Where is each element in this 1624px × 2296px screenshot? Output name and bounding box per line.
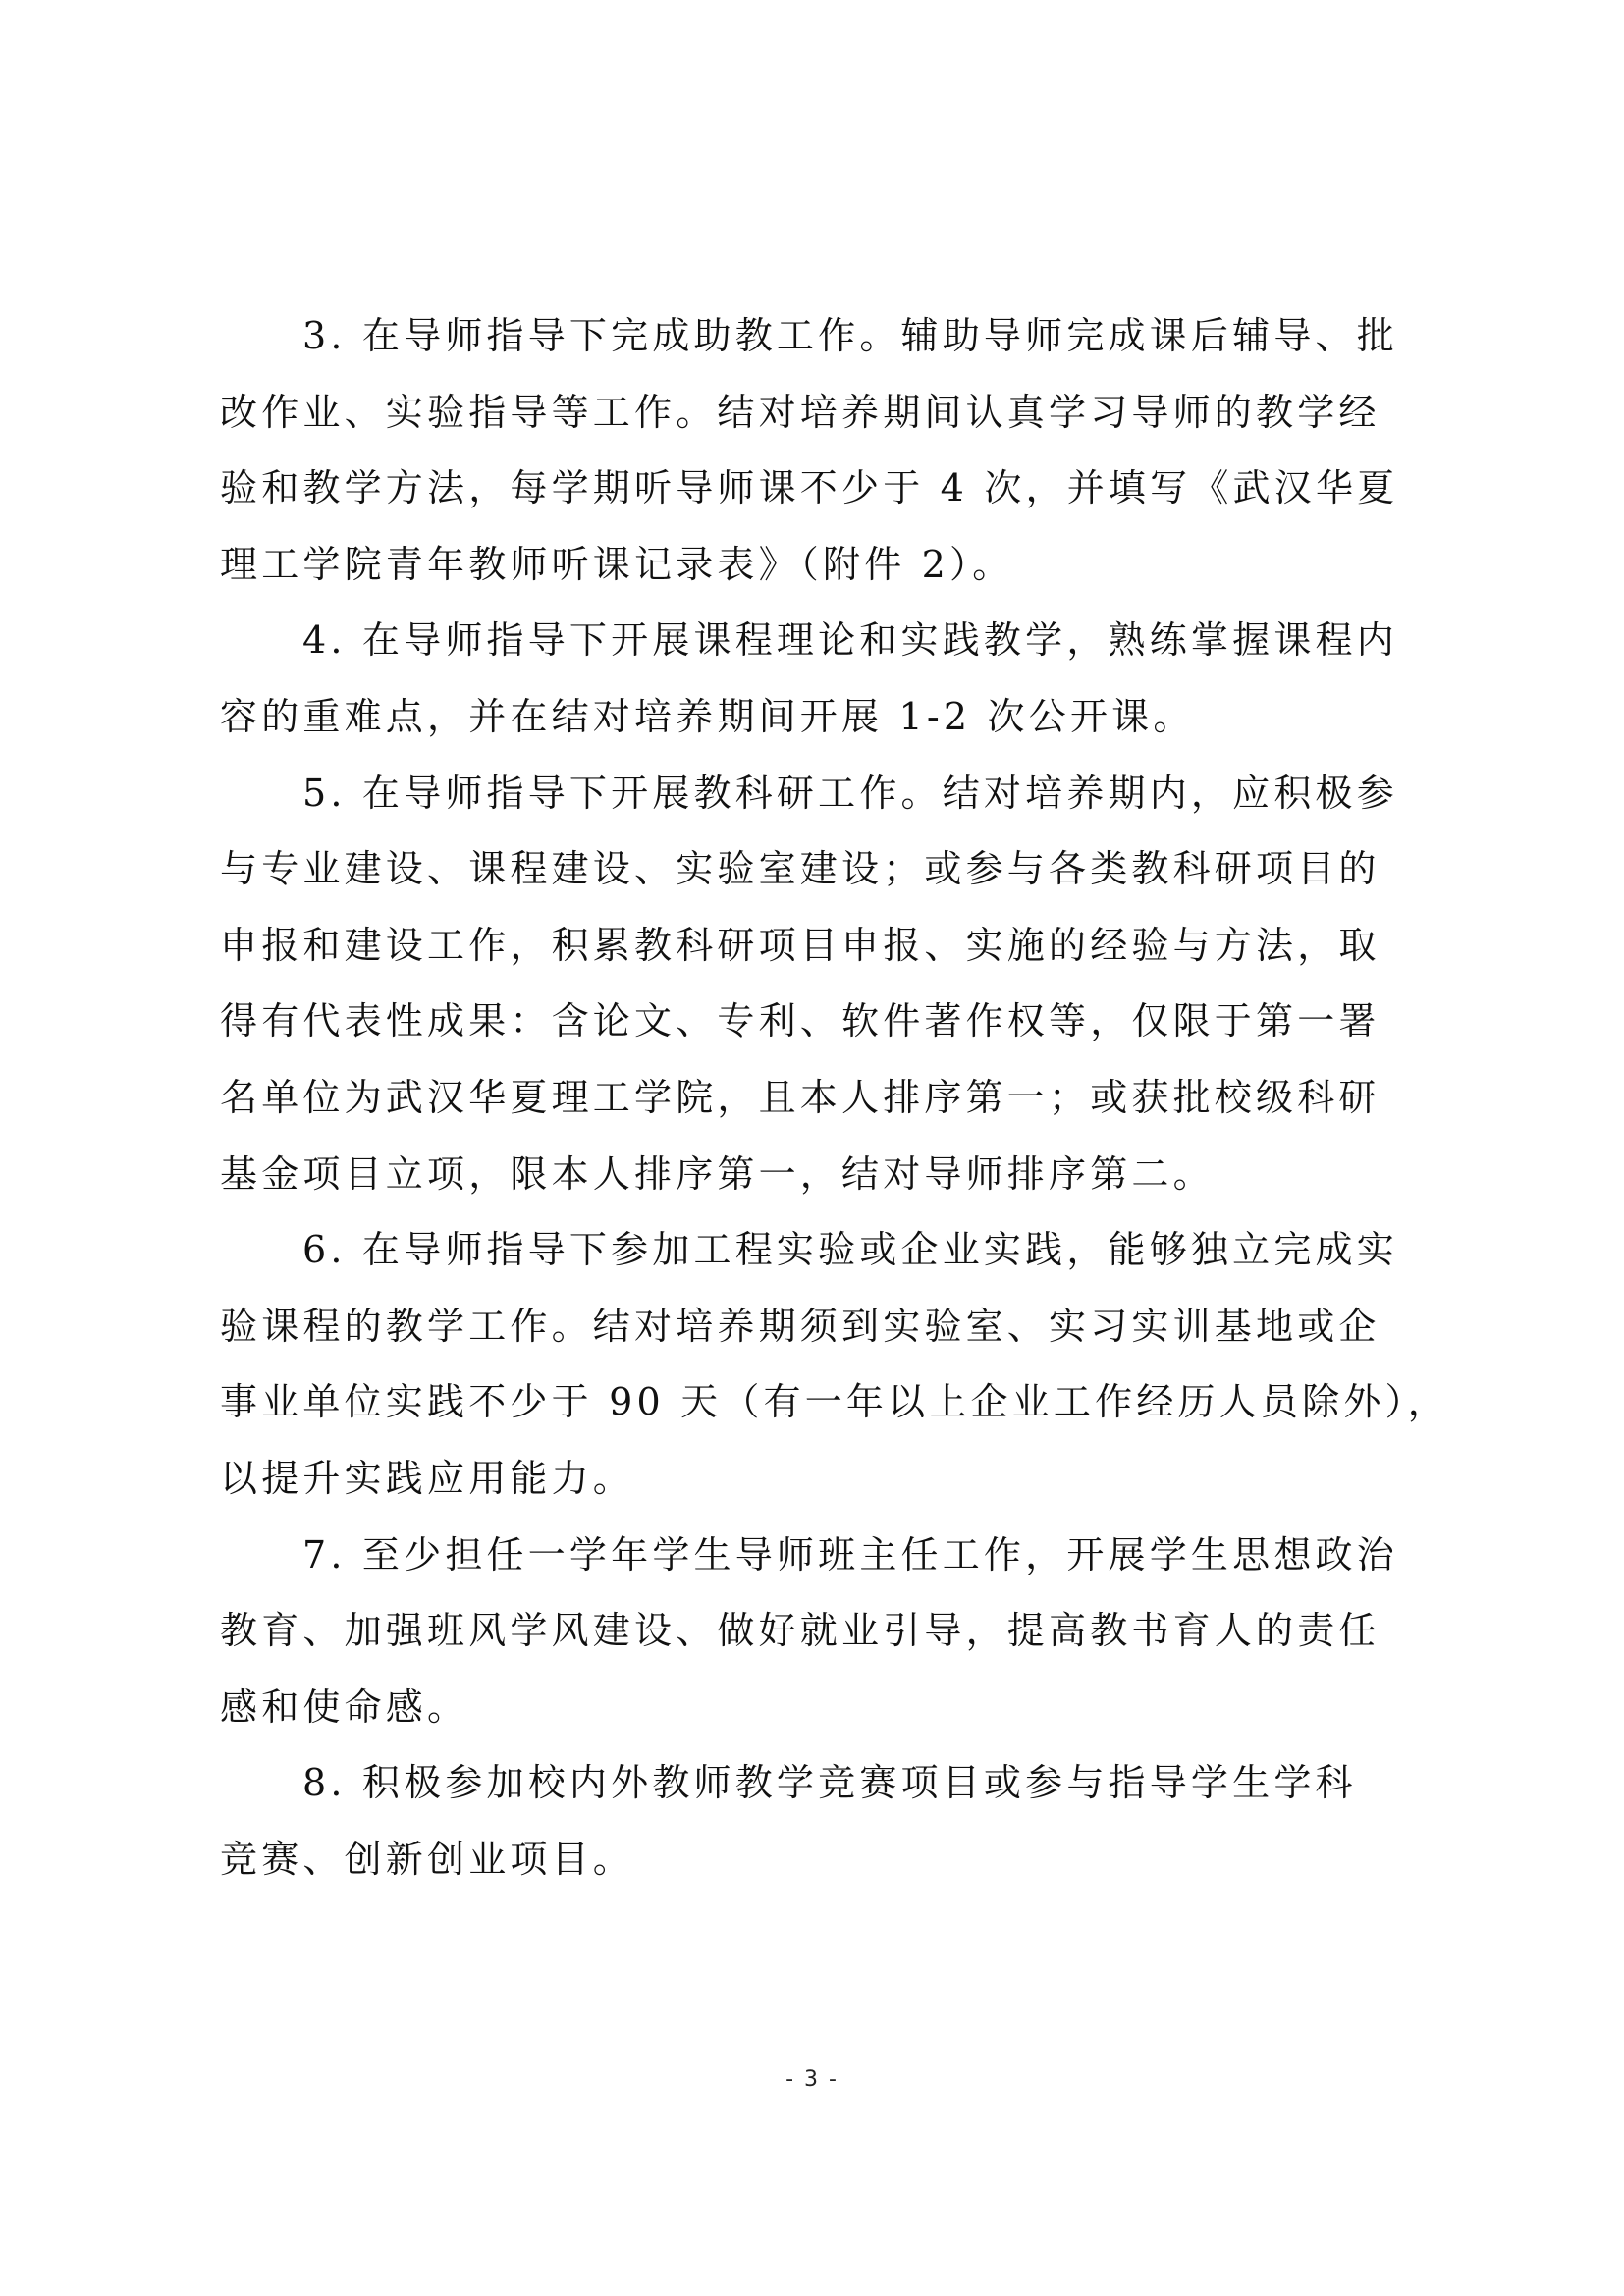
paragraph-line: 7. 至少担任一学年学生导师班主任工作，开展学生思想政治 [220,1531,1437,1608]
paragraph-item-4: 4. 在导师指导下开展课程理论和实践教学，熟练掌握课程内 容的重难点，并在结对培… [220,616,1437,769]
paragraph-line: 5. 在导师指导下开展教科研工作。结对培养期内，应积极参 [220,770,1437,846]
paragraph-line: 理工学院青年教师听课记录表》（附件 2）。 [220,541,1437,617]
paragraph-line: 改作业、实验指导等工作。结对培养期间认真学习导师的教学经 [220,389,1437,465]
paragraph-line: 4. 在导师指导下开展课程理论和实践教学，熟练掌握课程内 [220,616,1437,693]
paragraph-item-8: 8. 积极参加校内外教师教学竞赛项目或参与指导学生学科 竞赛、创新创业项目。 [220,1759,1437,1911]
paragraph-line: 容的重难点，并在结对培养期间开展 1-2 次公开课。 [220,693,1437,770]
paragraph-line: 验课程的教学工作。结对培养期须到实验室、实习实训基地或企 [220,1303,1437,1379]
paragraph-line: 得有代表性成果：含论文、专利、软件著作权等，仅限于第一署 [220,997,1437,1074]
paragraph-line: 教育、加强班风学风建设、做好就业引导，提高教书育人的责任 [220,1607,1437,1683]
paragraph-line: 事业单位实践不少于 90 天（有一年以上企业工作经历人员除外）， [220,1378,1437,1455]
paragraph-item-7: 7. 至少担任一学年学生导师班主任工作，开展学生思想政治 教育、加强班风学风建设… [220,1531,1437,1760]
paragraph-line: 竞赛、创新创业项目。 [220,1836,1437,1912]
paragraph-line: 以提升实践应用能力。 [220,1455,1437,1531]
paragraph-line: 名单位为武汉华夏理工学院，且本人排序第一；或获批校级科研 [220,1074,1437,1150]
page-number: - 3 - [0,2067,1624,2092]
paragraph-item-3: 3. 在导师指导下完成助教工作。辅助导师完成课后辅导、批 改作业、实验指导等工作… [220,312,1437,616]
document-page: 3. 在导师指导下完成助教工作。辅助导师完成课后辅导、批 改作业、实验指导等工作… [0,0,1624,2296]
paragraph-item-5: 5. 在导师指导下开展教科研工作。结对培养期内，应积极参 与专业建设、课程建设、… [220,770,1437,1227]
paragraph-line: 基金项目立项，限本人排序第一，结对导师排序第二。 [220,1150,1437,1227]
paragraph-line: 8. 积极参加校内外教师教学竞赛项目或参与指导学生学科 [220,1759,1437,1836]
paragraph-line: 6. 在导师指导下参加工程实验或企业实践，能够独立完成实 [220,1226,1437,1303]
body-text: 3. 在导师指导下完成助教工作。辅助导师完成课后辅导、批 改作业、实验指导等工作… [220,312,1437,1911]
paragraph-line: 验和教学方法，每学期听导师课不少于 4 次，并填写《武汉华夏 [220,464,1437,541]
paragraph-line: 感和使命感。 [220,1683,1437,1760]
paragraph-line: 3. 在导师指导下完成助教工作。辅助导师完成课后辅导、批 [220,312,1437,389]
paragraph-line: 与专业建设、课程建设、实验室建设；或参与各类教科研项目的 [220,845,1437,922]
paragraph-item-6: 6. 在导师指导下参加工程实验或企业实践，能够独立完成实 验课程的教学工作。结对… [220,1226,1437,1530]
paragraph-line: 申报和建设工作，积累教科研项目申报、实施的经验与方法，取 [220,922,1437,998]
